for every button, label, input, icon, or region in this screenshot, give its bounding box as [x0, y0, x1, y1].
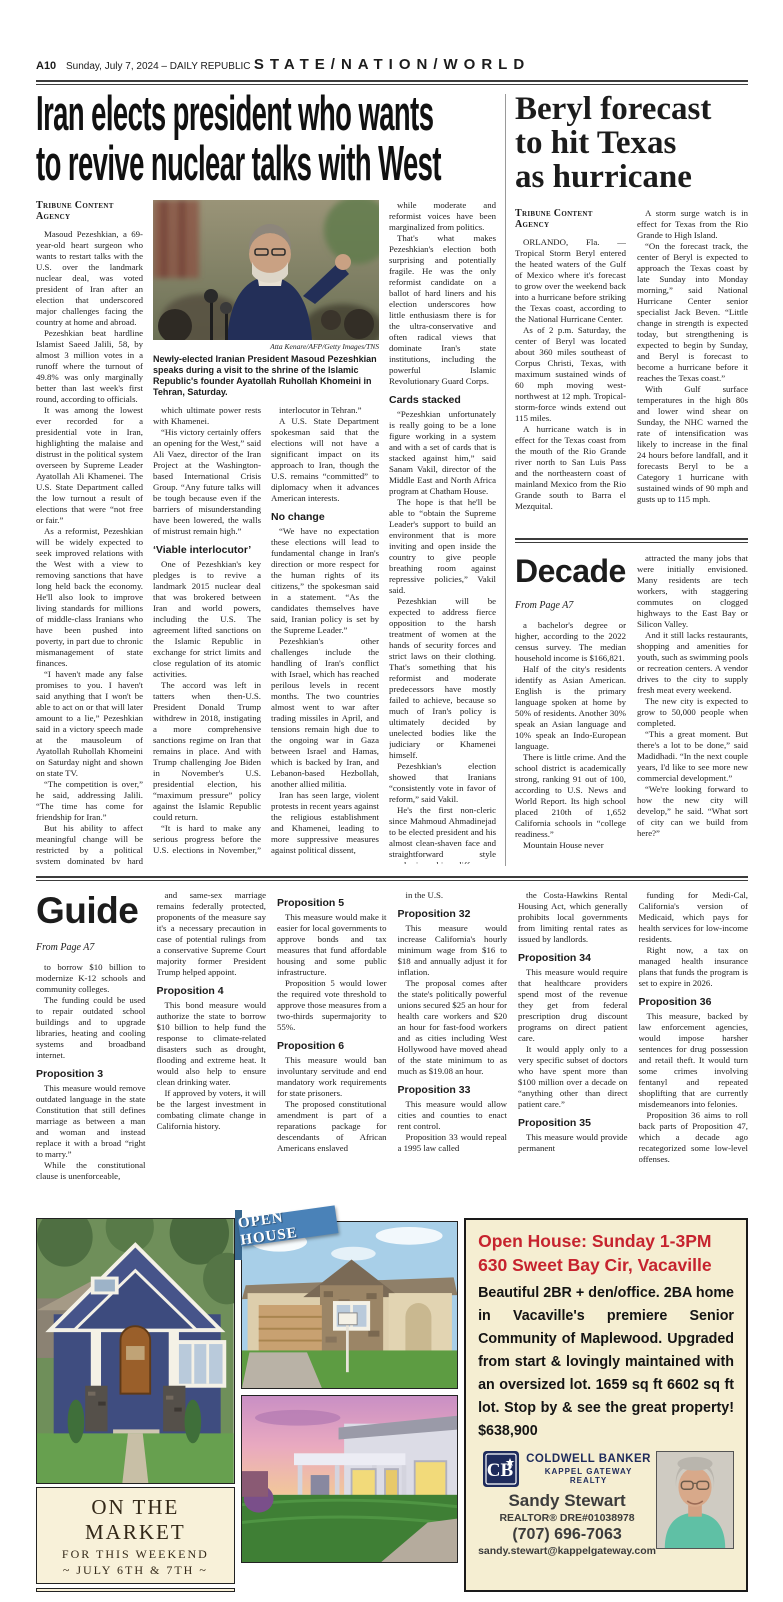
paragraph: Half of the city's residents identify as…: [515, 664, 626, 752]
paragraph: attracted the many jobs that were initia…: [637, 553, 748, 630]
column-divider: [505, 94, 506, 866]
paragraph: Iran has seen large, violent protests in…: [271, 790, 379, 856]
beryl-article: Beryl forecast to hit Texas as hurricane…: [515, 90, 748, 536]
paragraph: while moderate and reformist voices have…: [389, 200, 496, 233]
article-column: Tribune Content Agency ORLANDO, Fla. — T…: [515, 208, 626, 520]
subheading: Proposition 4: [157, 985, 267, 997]
paragraph: This measure would require that healthca…: [518, 967, 628, 1044]
subheading: Proposition 5: [277, 897, 387, 909]
headline-line: to revive nuclear talks with West: [36, 140, 497, 190]
paragraph: There is little crime. And the school di…: [515, 752, 626, 840]
paragraph: in the U.S.: [398, 890, 508, 901]
section-title: STATE/NATION/WORLD: [36, 56, 748, 73]
paragraph: With Gulf surface temperatures in the hi…: [637, 384, 748, 505]
paragraph: As of 2 p.m. Saturday, the center of Ber…: [515, 325, 626, 424]
paragraph: to borrow $10 billion to modernize K-12 …: [36, 962, 146, 995]
byline: Tribune Content Agency: [36, 200, 143, 222]
beryl-headline: Beryl forecast to hit Texas as hurricane: [515, 92, 748, 194]
paragraph: It was among the lowest ever recorded fo…: [36, 405, 143, 526]
column-text: a bachelor's degree or higher, according…: [515, 620, 626, 851]
continued-from: From Page A7: [36, 942, 146, 953]
paragraph: The new city is expected to grow to 50,0…: [637, 696, 748, 729]
article-column: Tribune Content Agency Masoud Pezeshkian…: [36, 200, 143, 864]
ad-right-panel: Open House: Sunday 1-3PM 630 Sweet Bay C…: [464, 1218, 748, 1592]
agent-portrait-illustration: [657, 1452, 733, 1548]
paragraph: This bond measure would authorize the st…: [157, 1000, 267, 1088]
agent-info: CB COLDWELL BANKER KAPPEL GATEWAY REALTY…: [478, 1451, 656, 1557]
subheading: Proposition 35: [518, 1117, 628, 1129]
article-column: Decade From Page A7 a bachelor's degree …: [515, 553, 626, 865]
guide-column: and same-sex marriage remains federally …: [157, 890, 267, 1212]
column-text: to borrow $10 billion to modernize K-12 …: [36, 962, 146, 1182]
ad-left-strip: [36, 1588, 235, 1592]
subheading: Proposition 36: [639, 996, 749, 1008]
on-the-market-box: ON THE MARKET FOR THIS WEEKEND ~ JULY 6T…: [36, 1487, 235, 1584]
iran-article: Iran elects president who wants to reviv…: [36, 90, 496, 870]
paragraph: and same-sex marriage remains federally …: [157, 890, 267, 978]
paragraph: As a reformist, Pezeshkian will be widel…: [36, 526, 143, 669]
headline-line: Iran elects president who wants: [36, 90, 497, 140]
subheading: ‘Viable interlocutor’: [153, 544, 261, 556]
iran-article-body: Tribune Content Agency Masoud Pezeshkian…: [36, 200, 496, 864]
paragraph: ORLANDO, Fla. — Tropical Storm Beryl ent…: [515, 237, 626, 325]
paragraph: This measure, backed by law enforcement …: [639, 1011, 749, 1110]
market-line-2: FOR THIS WEEKEND: [39, 1547, 232, 1562]
guide-rule: [36, 876, 748, 881]
column-text: Masoud Pezeshkian, a 69-year-old heart s…: [36, 229, 143, 864]
photo-credit: Atta Kenare/AFP/Getty Images/TNS: [153, 342, 379, 351]
paragraph: Right now, a tax on managed health insur…: [639, 945, 749, 989]
paragraph: interlocutor in Tehran.”: [271, 405, 379, 416]
paragraph: “I haven't made any false promises to yo…: [36, 669, 143, 779]
paragraph: This measure would make it easier for lo…: [277, 912, 387, 978]
article-column: which ultimate power rests with Khamenei…: [153, 405, 261, 857]
guide-column: in the U.S.Proposition 32This measure wo…: [398, 890, 508, 1212]
headline-line: as hurricane: [515, 160, 748, 194]
real-estate-ad: ON THE MARKET FOR THIS WEEKEND ~ JULY 6T…: [36, 1218, 748, 1592]
paragraph: That's what makes Pezeshkian's election …: [389, 233, 496, 387]
newspaper-page: A10 Sunday, July 7, 2024 – DAILY REPUBLI…: [0, 0, 783, 1602]
agent-name: Sandy Stewart: [478, 1491, 656, 1511]
paragraph: Pezeshkian's election showed that Irania…: [389, 761, 496, 805]
guide-column: the Costa-Hawkins Rental Housing Act, wh…: [518, 890, 628, 1212]
paragraph: “This a great moment. But there's a lot …: [637, 729, 748, 784]
paragraph: Proposition 36 aims to roll back parts o…: [639, 1110, 749, 1165]
article-column: A storm surge watch is in effect for Tex…: [637, 208, 748, 520]
paragraph: the Costa-Hawkins Rental Housing Act, wh…: [518, 890, 628, 945]
paragraph: a bachelor's degree or higher, according…: [515, 620, 626, 664]
subheading: Cards stacked: [389, 394, 496, 406]
subheading: Proposition 32: [398, 908, 508, 920]
open-house-address: 630 Sweet Bay Cir, Vacaville: [478, 1253, 734, 1277]
agent-email: sandy.stewart@kappelgateway.com: [478, 1545, 656, 1557]
paragraph: funding for Medi-Cal, California's versi…: [639, 890, 749, 945]
main-articles: Iran elects president who wants to reviv…: [36, 90, 748, 870]
paragraph: A storm surge watch is in effect for Tex…: [637, 208, 748, 241]
decade-title: Decade: [515, 553, 626, 590]
brand-sub-1: KAPPEL GATEWAY: [526, 1467, 651, 1476]
article-column: while moderate and reformist voices have…: [389, 200, 496, 864]
paragraph: This measure would ban involuntary servi…: [277, 1055, 387, 1099]
paragraph: Masoud Pezeshkian, a 69-year-old heart s…: [36, 229, 143, 328]
iran-headline: Iran elects president who wants to reviv…: [36, 90, 496, 194]
paragraph: “It is hard to make any serious progress…: [153, 823, 261, 857]
paragraph: which ultimate power rests with Khamenei…: [153, 405, 261, 427]
paragraph: This measure would remove outdated langu…: [36, 1083, 146, 1160]
right-rail: Beryl forecast to hit Texas as hurricane…: [515, 90, 748, 870]
paragraph: “The competition is over,” he said, addr…: [36, 779, 143, 823]
paragraph: The accord was left in tatters when then…: [153, 680, 261, 823]
paragraph: And it still lacks restaurants, shopping…: [637, 630, 748, 696]
decade-section: Decade From Page A7 a bachelor's degree …: [515, 553, 748, 865]
agent-phone: (707) 696-7063: [478, 1526, 656, 1544]
headline-line: Beryl forecast: [515, 92, 748, 126]
open-house-headline: Open House: Sunday 1-3PM: [478, 1229, 734, 1253]
subheading: Proposition 33: [398, 1084, 508, 1096]
brand-sub-2: REALTY: [526, 1476, 651, 1485]
agent-block: CB COLDWELL BANKER KAPPEL GATEWAY REALTY…: [478, 1451, 734, 1557]
paragraph: It would apply only to a very specific s…: [518, 1044, 628, 1110]
article-column: attracted the many jobs that were initia…: [637, 553, 748, 865]
paragraph: If approved by voters, it will be the la…: [157, 1088, 267, 1132]
paragraph: This measure would allow cities and coun…: [398, 1099, 508, 1132]
paragraph: “On the forecast track, the center of Be…: [637, 241, 748, 384]
brand-text: COLDWELL BANKER KAPPEL GATEWAY REALTY: [526, 1453, 651, 1485]
paragraph: Proposition 5 would lower the required v…: [277, 978, 387, 1033]
paragraph: But his ability to affect meaningful cha…: [36, 823, 143, 864]
paragraph: “Pezeshkian unfortunately is really goin…: [389, 409, 496, 497]
article-middle: Atta Kenare/AFP/Getty Images/TNS Newly-e…: [153, 200, 379, 864]
masthead-rule: [36, 80, 748, 85]
agent-photo: [656, 1451, 734, 1549]
paragraph: A hurricane watch is in effect for the T…: [515, 424, 626, 512]
guide-column: Proposition 5This measure would make it …: [277, 890, 387, 1212]
paragraph: “We have no expectation these elections …: [271, 526, 379, 636]
paragraph: One of Pezeshkian's key pledges is to re…: [153, 559, 261, 680]
house-photo-blue: [36, 1218, 235, 1484]
blue-house-illustration: [37, 1219, 234, 1483]
paragraph: While the constitutional clause is unenf…: [36, 1160, 146, 1182]
byline: Tribune Content Agency: [515, 208, 626, 230]
paragraph: The proposed constitutional amendment is…: [277, 1099, 387, 1154]
continued-from: From Page A7: [515, 600, 626, 611]
decade-columns: Decade From Page A7 a bachelor's degree …: [515, 553, 748, 865]
middle-columns: which ultimate power rests with Khamenei…: [153, 405, 379, 857]
ad-middle-panel: OPEN HOUSE: [241, 1218, 458, 1592]
decade-rule: [515, 538, 748, 543]
brand-name: COLDWELL BANKER: [526, 1453, 651, 1465]
tan-house-illustration: [242, 1222, 457, 1388]
brand-row: CB COLDWELL BANKER KAPPEL GATEWAY REALTY: [478, 1451, 656, 1487]
paragraph: This measure would provide permanent: [518, 1132, 628, 1154]
column-text: ORLANDO, Fla. — Tropical Storm Beryl ent…: [515, 237, 626, 512]
paragraph: Proposition 33 would repeal a 1995 law c…: [398, 1132, 508, 1154]
house-photo-front: [241, 1221, 458, 1389]
beryl-columns: Tribune Content Agency ORLANDO, Fla. — T…: [515, 208, 748, 520]
headline-line: to hit Texas: [515, 126, 748, 160]
coldwell-banker-logo: CB: [483, 1451, 519, 1487]
pezeshkian-photo-illustration: [153, 200, 379, 340]
masthead: A10 Sunday, July 7, 2024 – DAILY REPUBLI…: [36, 54, 748, 78]
paragraph: Pezeshkian beat hardline Islamist Saeed …: [36, 328, 143, 405]
agent-license: REALTOR® DRE#01038978: [478, 1512, 656, 1524]
paragraph: Pezeshkian will be expected to address f…: [389, 596, 496, 761]
news-photo: [153, 200, 379, 340]
article-column: interlocutor in Tehran.”A U.S. State Dep…: [271, 405, 379, 857]
photo-caption: Newly-elected Iranian President Masoud P…: [153, 354, 379, 398]
paragraph: Pezeshkian's other challenges include th…: [271, 636, 379, 790]
subheading: Proposition 34: [518, 952, 628, 964]
market-line-1: ON THE MARKET: [39, 1495, 232, 1545]
subheading: Proposition 6: [277, 1040, 387, 1052]
guide-section: Guide From Page A7 to borrow $10 billion…: [36, 890, 748, 1212]
paragraph: The funding could be used to repair outd…: [36, 995, 146, 1061]
subheading: Proposition 3: [36, 1068, 146, 1080]
paragraph: The hope is that he'll be able to “obtai…: [389, 497, 496, 596]
paragraph: The proposal comes after the state's pol…: [398, 978, 508, 1077]
paragraph: Mountain House never: [515, 840, 626, 851]
market-line-3: ~ JULY 6TH & 7TH ~: [39, 1563, 232, 1578]
guide-column: Guide From Page A7 to borrow $10 billion…: [36, 890, 146, 1212]
subheading: No change: [271, 511, 379, 523]
paragraph: He's the first non-cleric since Mahmoud …: [389, 805, 496, 864]
ad-left-panel: ON THE MARKET FOR THIS WEEKEND ~ JULY 6T…: [36, 1218, 235, 1592]
guide-column: funding for Medi-Cal, California's versi…: [639, 890, 749, 1212]
paragraph: “We're looking forward to how the new ci…: [637, 784, 748, 839]
house-photo-backyard: [241, 1395, 458, 1563]
paragraph: A U.S. State Department spokesman said t…: [271, 416, 379, 504]
ad-body-text: Beautiful 2BR + den/office. 2BA home in …: [478, 1282, 734, 1442]
guide-title: Guide: [36, 890, 146, 932]
paragraph: “His victory certainly offers an opening…: [153, 427, 261, 537]
paragraph: This measure would increase California's…: [398, 923, 508, 978]
backyard-sunset-illustration: [242, 1396, 457, 1562]
